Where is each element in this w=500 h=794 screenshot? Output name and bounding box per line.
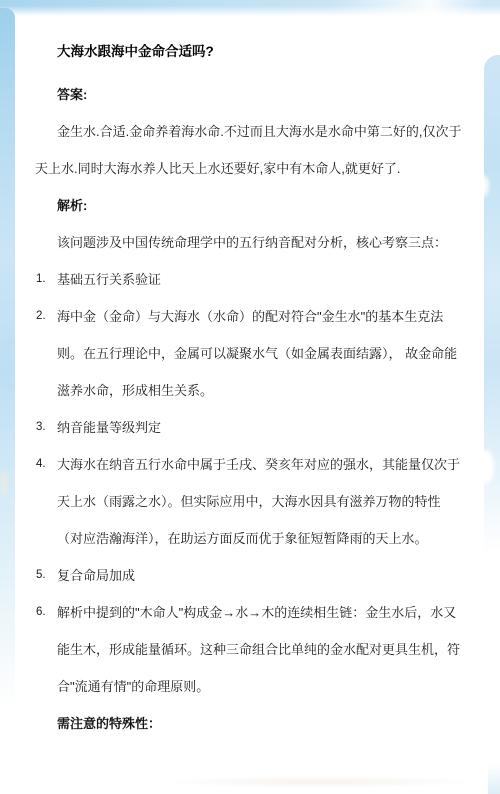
list-item-text: 复合命局加成 bbox=[57, 568, 135, 583]
watercolor-right-stripe bbox=[484, 55, 500, 555]
document-page: 大海水跟海中金命合适吗? 答案: 金生水.合适.金命养着海水命.不过而且大海水是… bbox=[0, 0, 500, 794]
list-item-text: 解析中提到的"木命人"构成金→水→木的连续相生链：金生水后，水又能生木，形成能量… bbox=[57, 605, 460, 694]
list-number: 3. bbox=[36, 409, 46, 446]
analysis-point-5: 5. 复合命局加成 bbox=[35, 557, 465, 594]
watercolor-left-stripe bbox=[0, 8, 15, 708]
list-number: 5. bbox=[36, 557, 46, 594]
watercolor-bottom-smudge bbox=[160, 776, 480, 788]
list-number: 4. bbox=[36, 446, 46, 483]
list-item-text: 基础五行关系验证 bbox=[57, 272, 161, 287]
list-number: 1. bbox=[36, 261, 46, 298]
analysis-point-2: 2. 海中金（金命）与大海水（水命）的配对符合"金生水"的基本生克法则。在五行理… bbox=[35, 298, 465, 409]
analysis-heading: 解析: bbox=[35, 187, 465, 224]
answer-heading: 答案: bbox=[35, 76, 465, 113]
list-item-text: 大海水在纳音五行水命中属于壬戌、癸亥年对应的强水，其能量仅次于天上水（雨露之水）… bbox=[57, 457, 460, 546]
note-heading: 需注意的特殊性： bbox=[35, 705, 465, 742]
analysis-intro: 该问题涉及中国传统命理学中的五行纳音配对分析，核心考察三点： bbox=[35, 224, 465, 261]
list-number: 6. bbox=[36, 594, 46, 631]
list-item-text: 海中金（金命）与大海水（水命）的配对符合"金生水"的基本生克法则。在五行理论中，… bbox=[57, 309, 457, 398]
analysis-point-4: 4. 大海水在纳音五行水命中属于壬戌、癸亥年对应的强水，其能量仅次于天上水（雨露… bbox=[35, 446, 465, 557]
list-number: 2. bbox=[36, 298, 46, 335]
analysis-point-6: 6. 解析中提到的"木命人"构成金→水→木的连续相生链：金生水后，水又能生木，形… bbox=[35, 594, 465, 705]
watercolor-bottom-right-corner bbox=[488, 764, 500, 794]
answer-paragraph: 金生水.合适.金命养着海水命.不过而且大海水是水命中第二好的,仅次于天上水.同时… bbox=[35, 113, 465, 187]
content-card: 大海水跟海中金命合适吗? 答案: 金生水.合适.金命养着海水命.不过而且大海水是… bbox=[35, 33, 465, 742]
question-title: 大海水跟海中金命合适吗? bbox=[35, 33, 465, 70]
list-item-text: 纳音能量等级判定 bbox=[57, 420, 161, 435]
analysis-point-1: 1. 基础五行关系验证 bbox=[35, 261, 465, 298]
analysis-point-3: 3. 纳音能量等级判定 bbox=[35, 409, 465, 446]
watercolor-top-band bbox=[0, 0, 500, 16]
